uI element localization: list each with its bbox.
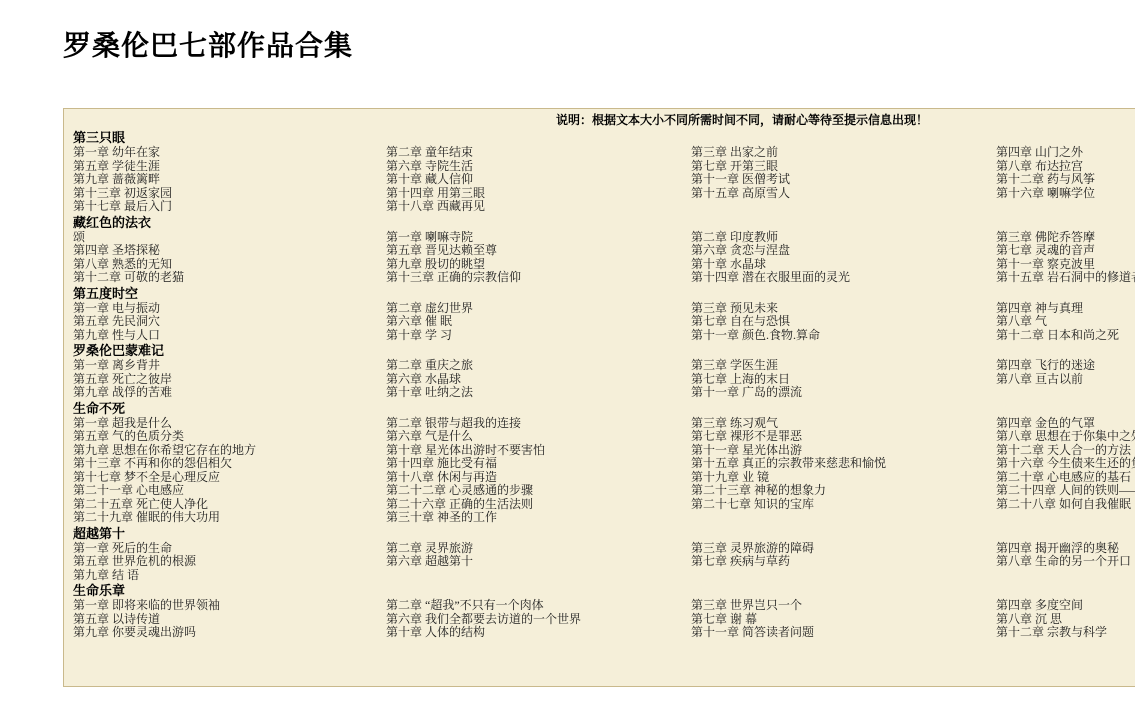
chapter-link[interactable]: 第二十一章 心电感应	[73, 484, 386, 498]
chapter-link[interactable]: 第十章 人体的结构	[386, 626, 691, 640]
chapter-link[interactable]: 第十二章 可敬的老猫	[73, 271, 386, 285]
chapter-link[interactable]: 第六章 贪恋与涅盘	[691, 244, 996, 258]
chapter-link[interactable]: 第十一章 星光体出游	[691, 444, 996, 458]
chapter-link[interactable]: 第一章 即将来临的世界领袖	[73, 599, 386, 613]
chapter-link[interactable]: 第五章 学徒生涯	[73, 160, 386, 174]
empty-cell	[996, 511, 1135, 525]
chapter-link[interactable]: 第四章 多度空间	[996, 599, 1135, 613]
chapter-link[interactable]: 第一章 死后的生命	[73, 542, 386, 556]
chapter-link[interactable]: 第五章 先民洞穴	[73, 315, 386, 329]
book-title: 罗桑伦巴蒙难记	[73, 342, 1135, 359]
chapter-link[interactable]: 第十五章 岩石洞中的修道者	[996, 271, 1135, 285]
chapter-link[interactable]: 第一章 喇嘛寺院	[386, 231, 691, 245]
chapter-link[interactable]: 第四章 揭开幽浮的奥秘	[996, 542, 1135, 556]
chapter-link[interactable]: 第四章 神与真理	[996, 302, 1135, 316]
chapter-link[interactable]: 第二章 重庆之旅	[386, 359, 691, 373]
chapter-link[interactable]: 第七章 开第三眼	[691, 160, 996, 174]
toc-table: 第三只眼第一章 幼年在家第二章 童年结束第三章 出家之前第四章 山门之外第五章 …	[64, 129, 1135, 640]
chapter-link[interactable]: 第十章 学 习	[386, 329, 691, 343]
chapter-link[interactable]: 第八章 亘古以前	[996, 373, 1135, 387]
chapter-link[interactable]: 第二十四章 人间的铁则——业律	[996, 484, 1135, 498]
chapter-row: 第二十九章 催眠的伟大功用第三十章 神圣的工作	[73, 511, 1135, 525]
chapter-row: 第五章 以诗传道第六章 我们全都要去访道的一个世界第七章 谢 幕第八章 沉 思	[73, 613, 1135, 627]
chapter-link[interactable]: 第十一章 察克波里	[996, 258, 1135, 272]
chapter-row: 第十七章 梦不全是心理反应第十八章 休闲与再造第十九章 业 镜第二十章 心电感应…	[73, 471, 1135, 485]
chapter-link[interactable]: 第十六章 今生债来生还的负面	[996, 457, 1135, 471]
chapter-link[interactable]: 第七章 自在与恐惧	[691, 315, 996, 329]
chapter-link[interactable]: 第二章 童年结束	[386, 146, 691, 160]
chapter-link[interactable]: 第十六章 喇嘛学位	[996, 187, 1135, 201]
chapter-link[interactable]: 第一章 超我是什么	[73, 417, 386, 431]
chapter-link[interactable]: 第十五章 高原雪人	[691, 187, 996, 201]
empty-cell	[386, 569, 691, 583]
book-title: 第三只眼	[73, 129, 1135, 146]
chapter-row: 第九章 结 语	[73, 569, 1135, 583]
chapter-row: 第四章 圣塔探秘第五章 晋见达赖至尊第六章 贪恋与涅盘第七章 灵魂的音声	[73, 244, 1135, 258]
chapter-row: 第一章 离乡背井第二章 重庆之旅第三章 学医生涯第四章 飞行的迷途	[73, 359, 1135, 373]
chapter-link[interactable]: 第二章 灵界旅游	[386, 542, 691, 556]
chapter-link[interactable]: 第二十五章 死亡使人净化	[73, 498, 386, 512]
chapter-link[interactable]: 第二十七章 知识的宝库	[691, 498, 996, 512]
chapter-link[interactable]: 第二章 印度教师	[691, 231, 996, 245]
chapter-link[interactable]: 第九章 蔷薇篱畔	[73, 173, 386, 187]
chapter-link[interactable]: 第十三章 正确的宗教信仰	[386, 271, 691, 285]
chapter-link[interactable]: 第十二章 天人合一的方法	[996, 444, 1135, 458]
chapter-row: 第五章 先民洞穴第六章 催 眠第七章 自在与恐惧第八章 气	[73, 315, 1135, 329]
chapter-link[interactable]: 第八章 布达拉宫	[996, 160, 1135, 174]
page: { "page": { "title": "罗桑伦巴七部作品合集", "note…	[0, 0, 1135, 703]
chapter-row: 颂第一章 喇嘛寺院第二章 印度教师第三章 佛陀乔答摩	[73, 231, 1135, 245]
chapter-row: 第九章 思想在你希望它存在的地方第十章 星光体出游时不要害怕第十一章 星光体出游…	[73, 444, 1135, 458]
chapter-row: 第一章 超我是什么第二章 银带与超我的连接第三章 练习观气第四章 金色的气罩	[73, 417, 1135, 431]
chapter-link[interactable]: 第一章 离乡背井	[73, 359, 386, 373]
chapter-link[interactable]: 第三章 出家之前	[691, 146, 996, 160]
chapter-link[interactable]: 第四章 山门之外	[996, 146, 1135, 160]
chapter-link[interactable]: 第十二章 药与风筝	[996, 173, 1135, 187]
chapter-link[interactable]: 第二章 “超我”不只有一个肉体	[386, 599, 691, 613]
chapter-row: 第二十一章 心电感应第二十二章 心灵感通的步骤第二十三章 神秘的想象力第二十四章…	[73, 484, 1135, 498]
chapter-link[interactable]: 第十一章 颜色.食物.算命	[691, 329, 996, 343]
chapter-link[interactable]: 第三章 练习观气	[691, 417, 996, 431]
chapter-link[interactable]: 第三章 世界岂只一个	[691, 599, 996, 613]
chapter-link[interactable]: 第四章 金色的气罩	[996, 417, 1135, 431]
chapter-link[interactable]: 第十四章 潜在衣服里面的灵光	[691, 271, 996, 285]
chapter-link[interactable]: 第二十二章 心灵感通的步骤	[386, 484, 691, 498]
chapter-row: 第五章 学徒生涯第六章 寺院生活第七章 开第三眼第八章 布达拉宫	[73, 160, 1135, 174]
book-title: 生命不死	[73, 400, 1135, 417]
empty-cell	[996, 386, 1135, 400]
chapter-link[interactable]: 第五章 以诗传道	[73, 613, 386, 627]
chapter-link[interactable]: 第三章 预见未来	[691, 302, 996, 316]
chapter-link[interactable]: 第十三章 初返家园	[73, 187, 386, 201]
chapter-row: 第五章 死亡之彼岸第六章 水晶球第七章 上海的末日第八章 亘古以前	[73, 373, 1135, 387]
chapter-link[interactable]: 第三章 学医生涯	[691, 359, 996, 373]
book-title: 藏红色的法衣	[73, 214, 1135, 231]
chapter-link[interactable]: 第五章 死亡之彼岸	[73, 373, 386, 387]
chapter-row: 第二十五章 死亡使人净化第二十六章 正确的生活法则第二十七章 知识的宝库第二十八…	[73, 498, 1135, 512]
chapter-link[interactable]: 第六章 寺院生活	[386, 160, 691, 174]
chapter-row: 第一章 幼年在家第二章 童年结束第三章 出家之前第四章 山门之外	[73, 146, 1135, 160]
chapter-link[interactable]: 第十二章 宗教与科学	[996, 626, 1135, 640]
chapter-link[interactable]: 第十四章 施比受有福	[386, 457, 691, 471]
chapter-link[interactable]: 第八章 思想在于你集中之处	[996, 430, 1135, 444]
chapter-row: 第十二章 可敬的老猫第十三章 正确的宗教信仰第十四章 潜在衣服里面的灵光第十五章…	[73, 271, 1135, 285]
chapter-link[interactable]: 第一章 幼年在家	[73, 146, 386, 160]
chapter-link[interactable]: 第二十九章 催眠的伟大功用	[73, 511, 386, 525]
chapter-link[interactable]: 第十二章 日本和尚之死	[996, 329, 1135, 343]
chapter-link[interactable]: 第二章 银带与超我的连接	[386, 417, 691, 431]
chapter-link[interactable]: 第十一章 广岛的漂流	[691, 386, 996, 400]
chapter-link[interactable]: 第十三章 不再和你的怨侣相欠	[73, 457, 386, 471]
chapter-link[interactable]: 第十七章 梦不全是心理反应	[73, 471, 386, 485]
chapter-link[interactable]: 第十一章 简答读者问题	[691, 626, 996, 640]
chapter-link[interactable]: 第十一章 医僧考试	[691, 173, 996, 187]
chapter-link[interactable]: 第三章 灵界旅游的障碍	[691, 542, 996, 556]
chapter-link[interactable]: 第八章 沉 思	[996, 613, 1135, 627]
chapter-row: 第九章 性与人口第十章 学 习第十一章 颜色.食物.算命第十二章 日本和尚之死	[73, 329, 1135, 343]
chapter-link[interactable]: 第四章 圣塔探秘	[73, 244, 386, 258]
chapter-link[interactable]: 第十七章 最后入门	[73, 200, 386, 214]
chapter-link[interactable]: 第六章 我们全都要去访道的一个世界	[386, 613, 691, 627]
chapter-link[interactable]: 第十八章 休闲与再造	[386, 471, 691, 485]
chapter-link[interactable]: 第六章 催 眠	[386, 315, 691, 329]
chapter-row: 第一章 即将来临的世界领袖第二章 “超我”不只有一个肉体第三章 世界岂只一个第四…	[73, 599, 1135, 613]
chapter-link[interactable]: 第九章 结 语	[73, 569, 386, 583]
empty-cell	[691, 569, 996, 583]
chapter-row: 第十七章 最后入门第十八章 西藏再见	[73, 200, 1135, 214]
chapter-link[interactable]: 第十八章 西藏再见	[386, 200, 691, 214]
chapter-link[interactable]: 第四章 飞行的迷途	[996, 359, 1135, 373]
chapter-row: 第五章 气的色质分类第六章 气是什么第七章 裸形不是罪恶第八章 思想在于你集中之…	[73, 430, 1135, 444]
chapter-row: 第九章 你要灵魂出游吗第十章 人体的结构第十一章 简答读者问题第十二章 宗教与科…	[73, 626, 1135, 640]
chapter-row: 第五章 世界危机的根源第六章 超越第十第七章 疾病与草药第八章 生命的另一个开口	[73, 555, 1135, 569]
chapter-link[interactable]: 第十章 吐纳之法	[386, 386, 691, 400]
chapter-link[interactable]: 第二十八章 如何自我催眠	[996, 498, 1135, 512]
chapter-link[interactable]: 第二十三章 神秘的想象力	[691, 484, 996, 498]
content-panel: 说明：根据文本大小不同所需时间不同，请耐心等待至提示信息出现！ 第三只眼第一章 …	[63, 108, 1135, 687]
chapter-row: 第十三章 初返家园第十四章 用第三眼第十五章 高原雪人第十六章 喇嘛学位	[73, 187, 1135, 201]
chapter-link[interactable]: 第八章 气	[996, 315, 1135, 329]
chapter-link[interactable]: 第六章 气是什么	[386, 430, 691, 444]
chapter-link[interactable]: 第九章 性与人口	[73, 329, 386, 343]
chapter-link[interactable]: 第九章 殷切的眺望	[386, 258, 691, 272]
chapter-link[interactable]: 第八章 熟悉的无知	[73, 258, 386, 272]
notice-text: 说明：根据文本大小不同所需时间不同，请耐心等待至提示信息出现！	[64, 112, 1135, 129]
chapter-link[interactable]: 第五章 世界危机的根源	[73, 555, 386, 569]
page-title: 罗桑伦巴七部作品合集	[63, 24, 353, 64]
chapter-link[interactable]: 第十四章 用第三眼	[386, 187, 691, 201]
chapter-row: 第一章 死后的生命第二章 灵界旅游第三章 灵界旅游的障碍第四章 揭开幽浮的奥秘	[73, 542, 1135, 556]
chapter-link[interactable]: 第十九章 业 镜	[691, 471, 996, 485]
chapter-link[interactable]: 第三十章 神圣的工作	[386, 511, 691, 525]
chapter-link[interactable]: 第一章 电与振动	[73, 302, 386, 316]
chapter-link[interactable]: 第八章 生命的另一个开口	[996, 555, 1135, 569]
empty-cell	[691, 511, 996, 525]
chapter-link[interactable]: 第五章 气的色质分类	[73, 430, 386, 444]
chapter-link[interactable]: 第六章 超越第十	[386, 555, 691, 569]
book-title: 生命乐章	[73, 582, 1135, 599]
chapter-link[interactable]: 第七章 裸形不是罪恶	[691, 430, 996, 444]
chapter-row: 第一章 电与振动第二章 虚幻世界第三章 预见未来第四章 神与真理	[73, 302, 1135, 316]
chapter-link[interactable]: 第二十章 心电感应的基石	[996, 471, 1135, 485]
chapter-link[interactable]: 第五章 晋见达赖至尊	[386, 244, 691, 258]
chapter-row: 第十三章 不再和你的怨侣相欠第十四章 施比受有福第十五章 真正的宗教带来慈悲和愉…	[73, 457, 1135, 471]
chapter-link[interactable]: 第九章 思想在你希望它存在的地方	[73, 444, 386, 458]
chapter-link[interactable]: 第七章 上海的末日	[691, 373, 996, 387]
chapter-link[interactable]: 第十章 藏人信仰	[386, 173, 691, 187]
chapter-link[interactable]: 第七章 谢 幕	[691, 613, 996, 627]
book-title: 第五度时空	[73, 285, 1135, 302]
chapter-row: 第八章 熟悉的无知第九章 殷切的眺望第十章 水晶球第十一章 察克波里	[73, 258, 1135, 272]
chapter-link[interactable]: 第九章 你要灵魂出游吗	[73, 626, 386, 640]
chapter-link[interactable]: 第三章 佛陀乔答摩	[996, 231, 1135, 245]
chapter-link[interactable]: 颂	[73, 231, 386, 245]
empty-cell	[691, 200, 996, 214]
chapter-row: 第九章 蔷薇篱畔第十章 藏人信仰第十一章 医僧考试第十二章 药与风筝	[73, 173, 1135, 187]
chapter-link[interactable]: 第七章 灵魂的音声	[996, 244, 1135, 258]
chapter-link[interactable]: 第十五章 真正的宗教带来慈悲和愉悦	[691, 457, 996, 471]
chapter-link[interactable]: 第二章 虚幻世界	[386, 302, 691, 316]
chapter-link[interactable]: 第六章 水晶球	[386, 373, 691, 387]
book-title: 超越第十	[73, 525, 1135, 542]
chapter-link[interactable]: 第十章 水晶球	[691, 258, 996, 272]
chapter-link[interactable]: 第二十六章 正确的生活法则	[386, 498, 691, 512]
chapter-row: 第九章 战俘的苦难第十章 吐纳之法第十一章 广岛的漂流	[73, 386, 1135, 400]
empty-cell	[996, 200, 1135, 214]
chapter-link[interactable]: 第十章 星光体出游时不要害怕	[386, 444, 691, 458]
chapter-link[interactable]: 第七章 疾病与草药	[691, 555, 996, 569]
empty-cell	[996, 569, 1135, 583]
chapter-link[interactable]: 第九章 战俘的苦难	[73, 386, 386, 400]
